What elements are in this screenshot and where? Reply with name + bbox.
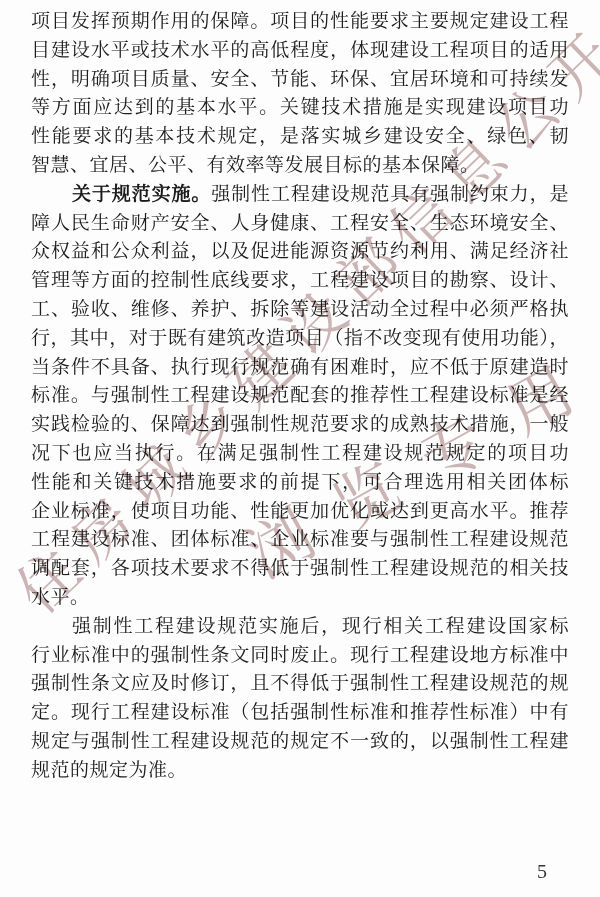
text-line: 水平。 (31, 584, 569, 613)
text-line: 定。现行工程建设标准（包括强制性标准和推荐性标准）中有关 (31, 699, 569, 728)
text-line: 等方面应达到的基本水平。关键技术措施是实现建设项目功能、 (31, 94, 569, 123)
page-number: 5 (537, 861, 547, 884)
text-line: 障人民生命财产安全、人身健康、工程安全、生态环境安全、公 (31, 210, 569, 239)
text-line: 众权益和公众利益，以及促进能源资源节约利用、满足经济社会 (31, 238, 569, 267)
text-line: 性能和关键技术措施要求的前提下，可合理选用相关团体标准、 (31, 469, 569, 498)
text-line: 性能要求的基本技术规定，是落实城乡建设安全、绿色、韧性、 (31, 123, 569, 152)
text-line: 强制性工程建设规范实施后，现行相关工程建设国家标准、 (31, 613, 569, 642)
text-line: 工、验收、维修、养护、拆除等建设活动全过程中必须严格执 (31, 296, 569, 325)
text-line: 强制性条文应及时修订，且不得低于强制性工程建设规范的规 (31, 670, 569, 699)
text-line: 规定与强制性工程建设规范的规定不一致的，以强制性工程建设 (31, 728, 569, 757)
text-line: 工程建设标准、团体标准、企业标准要与强制性工程建设规范协 (31, 526, 569, 555)
text-line: 标准。与强制性工程建设规范配套的推荐性工程建设标准是经过 (31, 382, 569, 411)
text-line: 行业标准中的强制性条文同时废止。现行工程建设地方标准中的 (31, 642, 569, 671)
document-page: 项目发挥预期作用的保障。项目的性能要求主要规定建设工程项目建设水平或技术水平的高… (0, 0, 600, 897)
text-line: 关于规范实施。强制性工程建设规范具有强制约束力，是保 (31, 181, 569, 210)
body-text: 项目发挥预期作用的保障。项目的性能要求主要规定建设工程项目建设水平或技术水平的高… (31, 8, 569, 786)
text-line: 目建设水平或技术水平的高低程度，体现建设工程项目的适用 (31, 37, 569, 66)
paragraph-lead-bold: 关于规范实施。 (72, 184, 211, 205)
text-line: 况下也应当执行。在满足强制性工程建设规范规定的项目功能、 (31, 440, 569, 469)
text-line: 行，其中，对于既有建筑改造项目（指不改变现有使用功能）， (31, 325, 569, 354)
text-line: 智慧、宜居、公平、有效率等发展目标的基本保障。 (31, 152, 569, 181)
text-line: 企业标准，使项目功能、性能更加优化或达到更高水平。推荐性 (31, 498, 569, 527)
text-line: 管理等方面的控制性底线要求，工程建设项目的勘察、设计、施 (31, 267, 569, 296)
text-line: 项目发挥预期作用的保障。项目的性能要求主要规定建设工程项 (31, 8, 569, 37)
text-line: 实践检验的、保障达到强制性规范要求的成熟技术措施，一般情 (31, 411, 569, 440)
text-line: 当条件不具备、执行现行规范确有困难时，应不低于原建造时的 (31, 354, 569, 383)
text-line: 调配套，各项技术要求不得低于强制性工程建设规范的相关技术 (31, 555, 569, 584)
text-line: 规范的规定为准。 (31, 757, 569, 786)
text-line: 性，明确项目质量、安全、节能、环保、宜居环境和可持续发展 (31, 66, 569, 95)
